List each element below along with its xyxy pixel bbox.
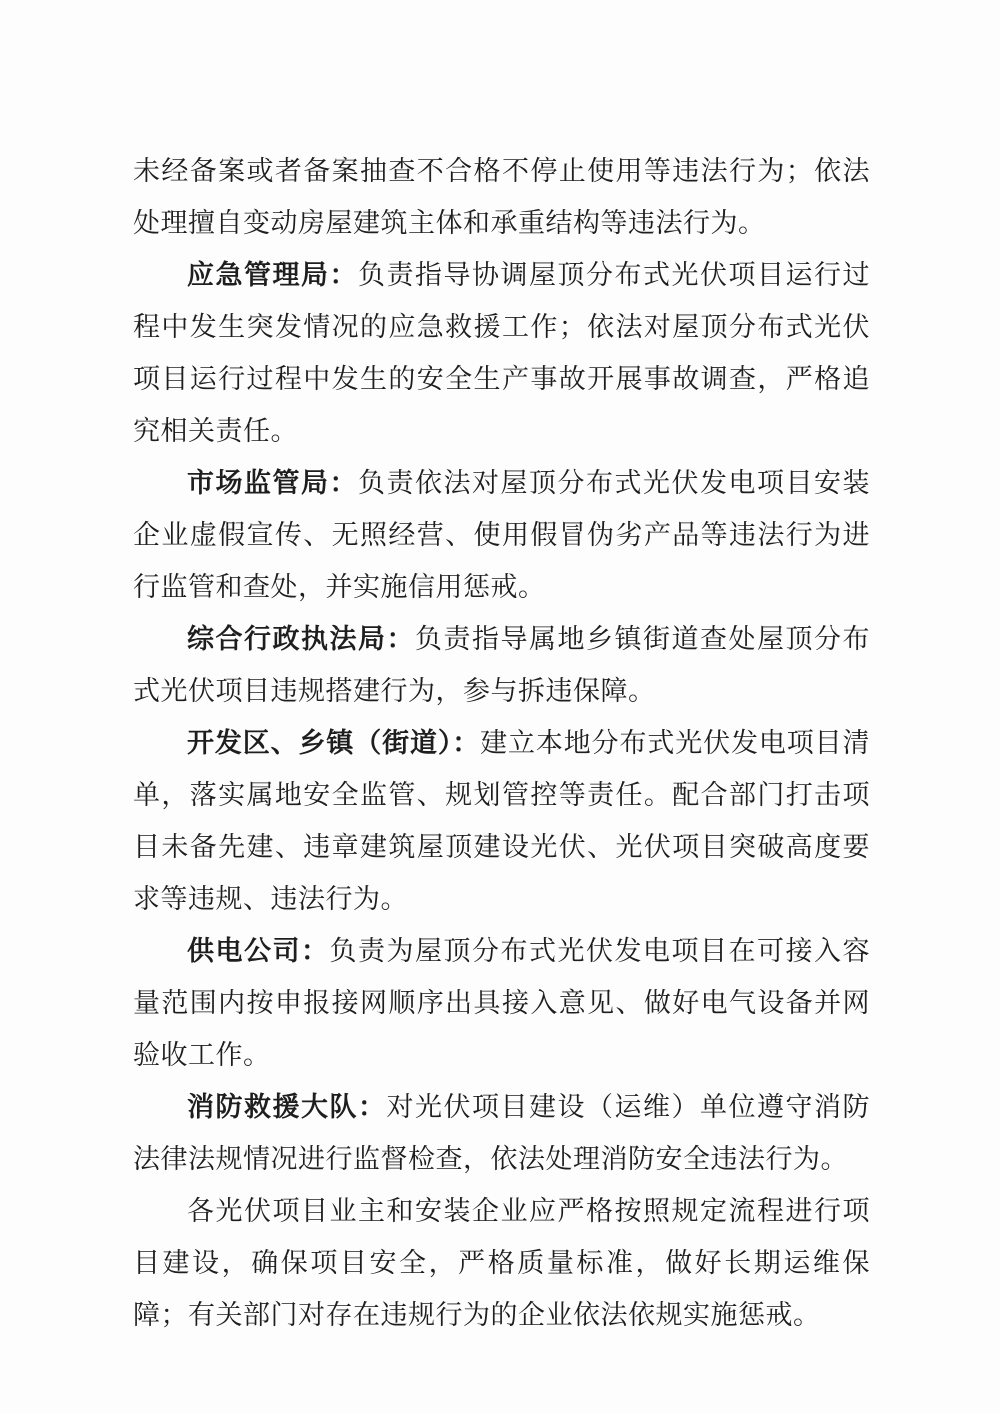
para-power-supply-company: 供电公司：负责为屋顶分布式光伏发电项目在可接入容量范围内按申报接网顺序出具接入意… [133, 925, 870, 1081]
para-market-supervision-bureau-header: 市场监管局： [187, 468, 358, 498]
para-continuation-body: 未经备案或者备案抽查不合格不停止使用等违法行为；依法处理擅自变动房屋建筑主体和承… [133, 156, 870, 238]
para-comprehensive-law-enforcement-bureau-header: 综合行政执法局： [187, 624, 415, 654]
document-page: 未经备案或者备案抽查不合格不停止使用等违法行为；依法处理擅自变动房屋建筑主体和承… [0, 0, 1000, 1414]
para-comprehensive-law-enforcement-bureau: 综合行政执法局：负责指导属地乡镇街道查处屋顶分布式光伏项目违规搭建行为，参与拆违… [133, 613, 870, 717]
para-development-zone-townships: 开发区、乡镇（街道）：建立本地分布式光伏发电项目清单，落实属地安全监管、规划管控… [133, 717, 870, 925]
para-fire-rescue-brigade-header: 消防救援大队： [187, 1092, 387, 1122]
para-development-zone-townships-header: 开发区、乡镇（街道）： [187, 728, 480, 758]
para-power-supply-company-header: 供电公司： [187, 936, 330, 966]
para-closing-body: 各光伏项目业主和安装企业应严格按照规定流程进行项目建设，确保项目安全，严格质量标… [133, 1196, 870, 1330]
para-fire-rescue-brigade: 消防救援大队：对光伏项目建设（运维）单位遵守消防法律法规情况进行监督检查，依法处… [133, 1081, 870, 1185]
para-market-supervision-bureau: 市场监管局：负责依法对屋顶分布式光伏发电项目安装企业虚假宣传、无照经营、使用假冒… [133, 457, 870, 613]
para-closing: 各光伏项目业主和安装企业应严格按照规定流程进行项目建设，确保项目安全，严格质量标… [133, 1185, 870, 1341]
para-continuation: 未经备案或者备案抽查不合格不停止使用等违法行为；依法处理擅自变动房屋建筑主体和承… [133, 145, 870, 249]
para-emergency-management-bureau-header: 应急管理局： [187, 260, 358, 290]
para-emergency-management-bureau: 应急管理局：负责指导协调屋顶分布式光伏项目运行过程中发生突发情况的应急救援工作；… [133, 249, 870, 457]
document-text-block: 未经备案或者备案抽查不合格不停止使用等违法行为；依法处理擅自变动房屋建筑主体和承… [133, 145, 870, 1341]
